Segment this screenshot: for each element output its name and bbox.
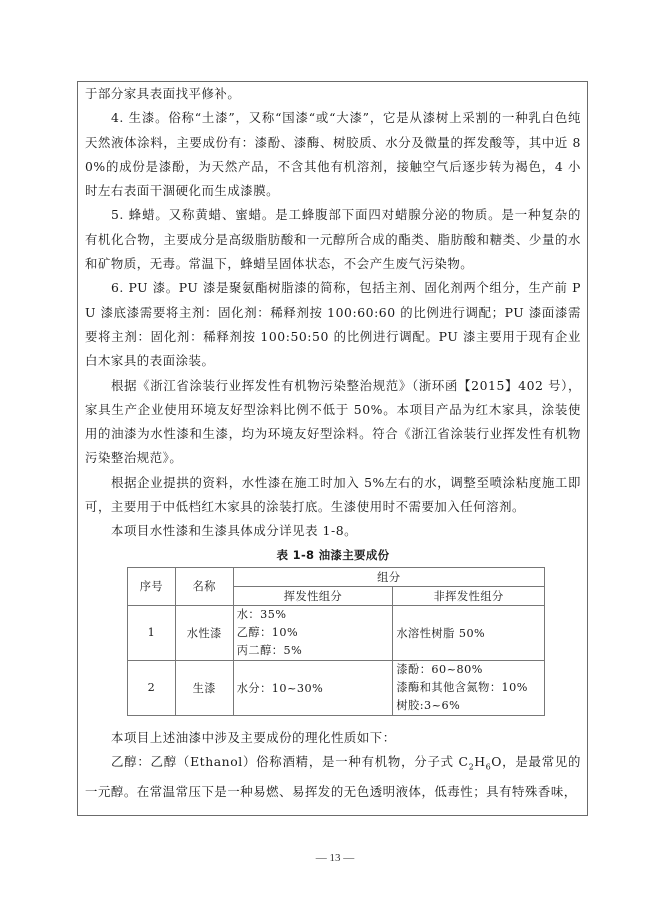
cell-volatile: 水分：10~30% — [233, 660, 393, 715]
cell-nonvolatile: 漆酚：60~80% 漆酶和其他含氮物：10% 树胶:3~6% — [393, 660, 545, 715]
paragraph-pu-lacquer: 6. PU 漆。PU 漆是聚氨酯树脂漆的简称，包括主剂、固化剂两个组分，生产前 … — [85, 276, 581, 373]
table-row: 1 水性漆 水：35% 乙醇：10% 丙二醇：5% 水溶性树脂 50% — [128, 605, 545, 660]
cell-name: 水性漆 — [175, 605, 233, 660]
header-seq: 序号 — [128, 567, 176, 605]
header-name: 名称 — [175, 567, 233, 605]
page-content: 于部分家具表面找平修补。 4. 生漆。俗称“土漆”，又称“国漆“或“大漆”，它是… — [85, 82, 581, 804]
paragraph-regulation: 根据《浙江省涂装行业挥发性有机物污染整治规范》（浙环函【2015】402 号），… — [85, 374, 581, 471]
paragraph-waterborne-usage: 根据企业提拱的资料，水性漆在施工时加入 5%左右的水，调整至喷涂粘度施工即可，主… — [85, 471, 581, 520]
table-caption: 表 1-8 油漆主要成份 — [85, 545, 581, 565]
cell-line: 漆酚：60~80% — [396, 661, 541, 679]
cell-line: 漆酶和其他含氮物：10% — [396, 679, 541, 697]
page-number: — 13 — — [0, 852, 670, 864]
header-volatile: 挥发性组分 — [233, 586, 393, 605]
table-header-row: 序号 名称 组分 — [128, 567, 545, 586]
cell-line: 水：35% — [237, 606, 390, 624]
cell-line: 水溶性树脂 50% — [396, 625, 541, 641]
header-nonvolatile: 非挥发性组分 — [393, 586, 545, 605]
paragraph-ethanol: 乙醇：乙醇（Ethanol）俗称酒精，是一种有机物，分子式 C2H6O，是最常见… — [85, 750, 581, 804]
paragraph-raw-lacquer: 4. 生漆。俗称“土漆”，又称“国漆“或“大漆”，它是从漆树上采割的一种乳白色纯… — [85, 106, 581, 203]
cell-seq: 2 — [128, 660, 176, 715]
paint-composition-table: 序号 名称 组分 挥发性组分 非挥发性组分 1 水性漆 水：35% 乙醇：10%… — [127, 567, 545, 716]
paragraph-properties-intro: 本项目上述油漆中涉及主要成份的理化性质如下： — [85, 726, 581, 750]
formula-mid: H — [474, 754, 485, 769]
page-frame: 于部分家具表面找平修补。 4. 生漆。俗称“土漆”，又称“国漆“或“大漆”，它是… — [77, 81, 588, 816]
header-group: 组分 — [233, 567, 544, 586]
paragraph-continuation: 于部分家具表面找平修补。 — [85, 82, 581, 106]
ethanol-text-start: 乙醇：乙醇（Ethanol）俗称酒精，是一种有机物，分子式 C — [111, 754, 469, 769]
cell-line: 树胶:3~6% — [396, 697, 541, 715]
table-row: 2 生漆 水分：10~30% 漆酚：60~80% 漆酶和其他含氮物：10% 树胶… — [128, 660, 545, 715]
cell-line: 乙醇：10% — [237, 624, 390, 642]
paragraph-beeswax: 5. 蜂蜡。又称黄蜡、蜜蜡。是工蜂腹部下面四对蜡腺分泌的物质。是一种复杂的有机化… — [85, 203, 581, 276]
cell-nonvolatile: 水溶性树脂 50% — [393, 605, 545, 660]
cell-volatile: 水：35% 乙醇：10% 丙二醇：5% — [233, 605, 393, 660]
cell-name: 生漆 — [175, 660, 233, 715]
cell-seq: 1 — [128, 605, 176, 660]
cell-line: 水分：10~30% — [237, 680, 390, 696]
cell-line: 丙二醇：5% — [237, 642, 390, 660]
paragraph-table-reference: 本项目水性漆和生漆具体成分详见表 1-8。 — [85, 519, 581, 543]
